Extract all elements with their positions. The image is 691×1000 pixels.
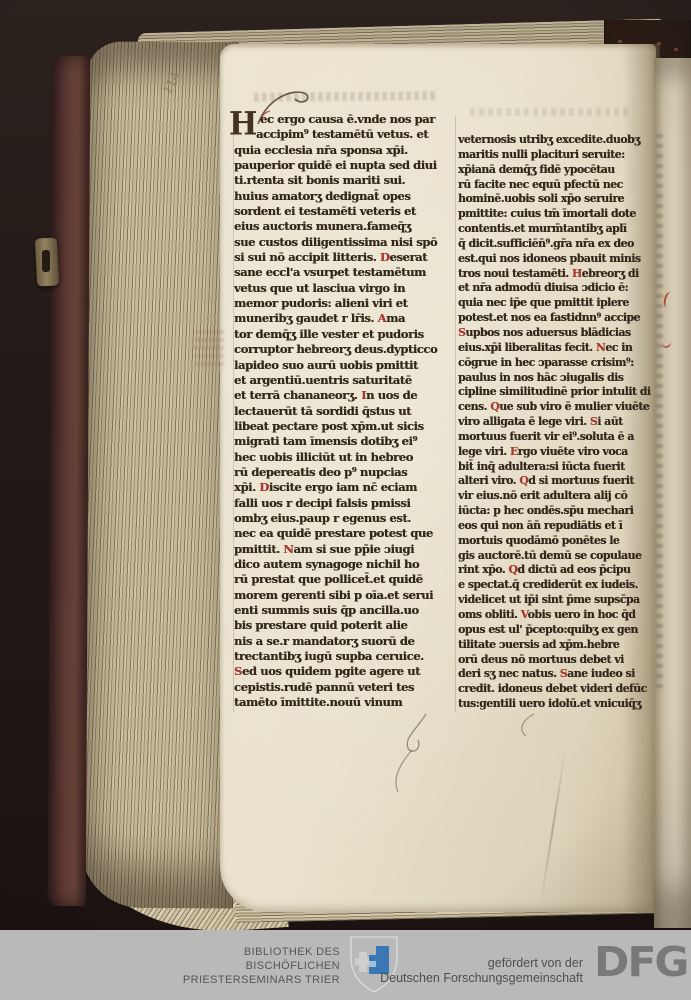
manuscript-text-line: hec uobis illiciūt ut in hebreo <box>234 450 462 465</box>
ink-text: morem gerenti sibi p oīa.et serui <box>234 588 433 602</box>
ink-text: trectantibʒ iugū supba ceruice. <box>234 649 424 663</box>
manuscript-text-line: si sui nō accipit litteris. Deserat <box>234 250 462 265</box>
manuscript-text-line: quia ecclesia nr̄a sponsa xp̄i. <box>234 143 462 158</box>
ink-text: accipim⁹ testamētū vetus. et <box>256 127 428 141</box>
ink-text: ec in <box>605 341 632 354</box>
ink-text: migrati tam īmensis dotibʒ ei⁹ <box>234 434 417 448</box>
ink-text: gis auctorē.tū demū se copulaue <box>458 549 641 562</box>
manuscript-text-line: mortuus fuerit vir ei⁹.soluta ē a <box>458 430 668 445</box>
manuscript-text-line: est.qui nos idoneos pbauit minis <box>458 252 668 267</box>
ink-text: xp̄ianā demq̄ʒ fidē ypocētau <box>458 163 615 176</box>
ink-text: cipline similitudinē prior intulit di <box>458 385 650 398</box>
ink-text: ma <box>386 311 405 325</box>
ink-text: opus est ul' p̄cepto:quibʒ ex gen <box>458 623 638 636</box>
manuscript-text-line: maritis nulli placituri seruite: <box>458 148 668 163</box>
ink-text: n uos de <box>366 388 417 402</box>
ink-text: ebreorʒ di <box>582 267 639 280</box>
ink-text: rint xp̄o. <box>458 563 508 576</box>
ink-text: maritis nulli placituri seruite: <box>458 148 625 161</box>
rubric-initial: S <box>560 667 567 680</box>
manuscript-text-line: pauperior quidē ei nupta sed diui <box>234 158 462 173</box>
manuscript-text-line: pmittit. Nam si sue pp̄ie ɔiugi <box>234 542 462 557</box>
manuscript-text-line: sue custos diligentissima nisi spō <box>234 235 462 250</box>
ink-text: sordent ei testamēti veteris et <box>234 204 416 218</box>
ink-text: ue sub viro ē mulier viuēte <box>499 400 649 413</box>
ink-text: am si sue pp̄ie ɔiugi <box>293 542 414 556</box>
ink-text: falli uos r decipi falsis pmissi <box>234 496 410 510</box>
funding-text-line2: Deutschen Forschungsgemeinschaft <box>280 971 583 986</box>
manuscript-text-line: ombʒ eius.paup r egenus est. <box>234 511 462 526</box>
ink-text: ti.rtenta sit bonis mariti sui. <box>234 173 405 187</box>
edge-speckle <box>674 48 678 51</box>
manuscript-text-line: huius amatorʒ dedignat̄ opes <box>234 189 462 204</box>
ink-text: est.qui nos idoneos pbauit minis <box>458 252 641 265</box>
ink-text: ed uos quidem pgite agere ut <box>242 664 420 678</box>
manuscript-text-line: rū depereatis deo p⁹ nupcias <box>234 465 462 480</box>
ink-text: q̄ dicit.sufficiēn̄⁹.gr̄a nr̄a ex deo <box>458 237 634 250</box>
manuscript-text-line: lege viri. Ergo viuēte viro voca <box>458 445 668 460</box>
ink-text: viro alligata ē lege viri. <box>458 415 590 428</box>
ink-text: eius auctoris munera.fameq̄ʒ <box>234 219 411 233</box>
manuscript-text-line: hominē.uobis soli xp̄o seruire <box>458 192 668 207</box>
ink-text: tus:gentili uero idolū.et vnicuiq̄ʒ <box>458 697 641 710</box>
descender-flourish <box>512 710 542 740</box>
manuscript-text-line: memor pudoris: alieni viri et <box>234 296 462 311</box>
manuscript-text-line: ec ergo causa ē.vnde nos par <box>234 112 462 127</box>
ink-text: i aūt <box>597 415 622 428</box>
manuscript-text-line: eius.xp̄i liberalitas fecit. Nec in <box>458 341 668 356</box>
ink-text: tilitate ɔuersis ad xp̄m.hebre <box>458 638 619 651</box>
ink-text: rū prestat que pollicet̄.et quidē <box>234 572 423 586</box>
ink-text: xp̄i. <box>234 480 259 494</box>
ink-text: pmittite: cuius tm̄ īmortali dote <box>458 207 636 220</box>
ink-text: ombʒ eius.paup r egenus est. <box>234 511 411 525</box>
manuscript-text-line: bis prestare quid poterit alie <box>234 618 462 633</box>
ink-showthrough <box>470 108 630 116</box>
ink-text: vetus que ut lasciua virgo in <box>234 281 405 295</box>
manuscript-text-line: cōgrue in hec ɔparasse crisim⁹: <box>458 356 668 371</box>
ink-text: veternosis utribʒ excedite.duobʒ <box>458 133 640 146</box>
manuscript-text-line: contentis.et murm̄tantibʒ aplī <box>458 222 668 237</box>
ink-text: mortuis quodāmō ponētes le <box>458 534 619 547</box>
rubric-initial: D <box>259 480 269 494</box>
book-cover-edge <box>48 56 90 906</box>
manuscript-text-line: videlicet ut ip̄i sint p̄me supsc̄pa <box>458 593 668 608</box>
ink-text: ec ergo causa ē.vnde nos par <box>260 112 435 126</box>
ink-text: cōgrue in hec ɔparasse crisim⁹: <box>458 356 634 369</box>
funding-text: gefördert von der Deutschen Forschungsge… <box>280 956 583 986</box>
manuscript-text-line: paulus in nos hāc ɔiugalis dis <box>458 371 668 386</box>
manuscript-text-line: Supbos nos aduersus blādicias <box>458 326 668 341</box>
page-stack-fore-edge <box>81 41 239 908</box>
manuscript-text-line: alteri viro. Qd si mortuus fuerit <box>458 474 668 489</box>
ink-text: nis a se.r mandatorʒ suorū de <box>234 634 414 648</box>
manuscript-text-line: oms obliti. Vobis uero in hoc q̄d <box>458 608 668 623</box>
ink-text: et argentiū.uentris saturitatē <box>234 373 412 387</box>
ink-text: contentis.et murm̄tantibʒ aplī <box>458 222 626 235</box>
ink-text: oms obliti. <box>458 608 521 621</box>
ink-text: orū deus nō mortuus debet vi <box>458 653 624 666</box>
manuscript-text-line: bit̄ inq̄ adultera:si iūcta fuerit <box>458 460 668 475</box>
ink-text: e spectat.q̄ crediderūt ex iudeis. <box>458 578 638 591</box>
ink-text: bis prestare quid poterit alie <box>234 618 407 632</box>
manuscript-text-line: viro alligata ē lege viri. Si aūt <box>458 415 668 430</box>
ink-text: sue custos diligentissima nisi spō <box>234 235 437 249</box>
ink-text: cepistis.rudē pannū veteri tes <box>234 680 414 694</box>
ink-text: ane iudeo si <box>567 667 635 680</box>
edge-speckle <box>618 40 622 43</box>
manuscript-text-line: nec ea quidē prestare potest que <box>234 526 462 541</box>
manuscript-text-line: cipline similitudinē prior intulit di <box>458 385 668 400</box>
ink-text: tamēto īmittite.nouū vinum <box>234 695 402 709</box>
rubric-initial: H <box>572 267 582 280</box>
ink-text: tros noui testamēti. <box>458 267 572 280</box>
ink-text: paulus in nos hāc ɔiugalis dis <box>458 371 623 384</box>
manuscript-text-line: lectauerūt tā sordidi q̄stus ut <box>234 404 462 419</box>
manuscript-text-line: migrati tam īmensis dotibʒ ei⁹ <box>234 434 462 449</box>
manuscript-text-line: tilitate ɔuersis ad xp̄m.hebre <box>458 638 668 653</box>
book-clasp-hole <box>42 250 50 272</box>
ink-text: quia ecclesia nr̄a sponsa xp̄i. <box>234 143 408 157</box>
ink-text: memor pudoris: alieni viri et <box>234 296 407 310</box>
ink-text: muneribʒ gaudet r lr̄is. <box>234 311 378 325</box>
manuscript-text-line: cens. Que sub viro ē mulier viuēte <box>458 400 668 415</box>
manuscript-text-line: nis a se.r mandatorʒ suorū de <box>234 634 462 649</box>
ink-text: upbos nos aduersus blādicias <box>465 326 630 339</box>
manuscript-text-line: enti summis suis q̄p ancilla.uo <box>234 603 462 618</box>
ink-text: enti summis suis q̄p ancilla.uo <box>234 603 419 617</box>
manuscript-text-line: rū facite nec equū pfectū nec <box>458 178 668 193</box>
ink-text: sane eccl'a vsurpet testamētum <box>234 265 426 279</box>
ink-text: credit. idoneus debet videri defūc <box>458 682 647 695</box>
manuscript-text-line: Sed uos quidem pgite agere ut <box>234 664 462 679</box>
ink-text: lapideo suo aurū uobis pmittit <box>234 358 418 372</box>
manuscript-text-line: cepistis.rudē pannū veteri tes <box>234 680 462 695</box>
manuscript-text-line: rū prestat que pollicet̄.et quidē <box>234 572 462 587</box>
photo-area: 114 H ec ergo causa ē.vnde nos paraccipi… <box>0 0 691 930</box>
manuscript-text-line: e spectat.q̄ crediderūt ex iudeis. <box>458 578 668 593</box>
ink-text: videlicet ut ip̄i sint p̄me supsc̄pa <box>458 593 640 606</box>
manuscript-text-line: potest.et nos ea fastidnn⁹ accipe <box>458 311 668 326</box>
manuscript-text-line: mortuis quodāmō ponētes le <box>458 534 668 549</box>
manuscript-text-line: tor demq̄ʒ ille vester et pudoris <box>234 327 462 342</box>
rubric-initial: V <box>521 608 528 621</box>
ink-text: lectauerūt tā sordidi q̄stus ut <box>234 404 411 418</box>
ink-text: iscite ergo iam nc̄ eciam <box>269 480 417 494</box>
ink-text: tor demq̄ʒ ille vester et pudoris <box>234 327 424 341</box>
manuscript-text-line: gis auctorē.tū demū se copulaue <box>458 549 668 564</box>
manuscript-text-line: iūcta: p hec ondēs.sp̄u mechari <box>458 504 668 519</box>
ink-text: vir eius.nō erit adultera alij cō <box>458 489 627 502</box>
manuscript-text-line: accipim⁹ testamētū vetus. et <box>234 127 462 142</box>
manuscript-text-line: opus est ul' p̄cepto:quibʒ ex gen <box>458 623 668 638</box>
ink-text: alteri viro. <box>458 474 519 487</box>
ink-text: eos qui non ān̄ repudiātis et ī <box>458 519 622 532</box>
funding-text-line1: gefördert von der <box>280 956 583 971</box>
rubric-initial: Q <box>519 474 528 487</box>
ink-text: nec ea quidē prestare potest que <box>234 526 433 540</box>
ink-text: corruptor hebreorʒ deus.dypticco <box>234 342 437 356</box>
manuscript-text-line: et argentiū.uentris saturitatē <box>234 373 462 388</box>
manuscript-text-line: muneribʒ gaudet r lr̄is. Ama <box>234 311 462 326</box>
manuscript-text-line: xp̄ianā demq̄ʒ fidē ypocētau <box>458 163 668 178</box>
manuscript-text-line: dico autem synagoge nichil ho <box>234 557 462 572</box>
ink-text: hominē.uobis soli xp̄o seruire <box>458 192 624 205</box>
catchword-flourish <box>382 708 442 800</box>
manuscript-text-line: xp̄i. Discite ergo iam nc̄ eciam <box>234 480 462 495</box>
ink-text: deri sʒ nec natus. <box>458 667 560 680</box>
manuscript-text-line: vir eius.nō erit adultera alij cō <box>458 489 668 504</box>
ink-text: lege viri. <box>458 445 510 458</box>
ink-text: dico autem synagoge nichil ho <box>234 557 419 571</box>
ink-text: obis uero in hoc q̄d <box>528 608 636 621</box>
manuscript-text-line: vetus que ut lasciua virgo in <box>234 281 462 296</box>
rubric-initial: S <box>234 664 242 678</box>
ink-text: et terrā chananeorʒ. <box>234 388 361 402</box>
rubric-initial: D <box>380 250 390 264</box>
ink-text: rgo viuēte viro voca <box>518 445 628 458</box>
manuscript-text-line: tros noui testamēti. Hebreorʒ di <box>458 267 668 282</box>
dfg-logo: DFG <box>594 938 691 986</box>
manuscript-text-line: quia nec ip̄e que pmittit iplere <box>458 296 668 311</box>
manuscript-text-line: orū deus nō mortuus debet vi <box>458 653 668 668</box>
rubric-initial: Q <box>490 400 499 413</box>
manuscript-text-line: veternosis utribʒ excedite.duobʒ <box>458 133 668 148</box>
manuscript-text-line: et terrā chananeorʒ. In uos de <box>234 388 462 403</box>
ink-text: bit̄ inq̄ adultera:si iūcta fuerit <box>458 460 625 473</box>
rubric-initial: A <box>378 311 387 325</box>
ink-text: si sui nō accipit litteris. <box>234 250 380 264</box>
ink-text: d dictū ad eos p̄cipu <box>517 563 630 576</box>
ink-text: rū depereatis deo p⁹ nupcias <box>234 465 407 479</box>
ink-text: quia nec ip̄e que pmittit iplere <box>458 296 629 309</box>
ink-text: et nr̄a admodū diuisa ɔdicio ē: <box>458 281 628 294</box>
ink-text: pauperior quidē ei nupta sed diui <box>234 158 437 172</box>
manuscript-text-line: rint xp̄o. Qd dictū ad eos p̄cipu <box>458 563 668 578</box>
manuscript-text-line: lapideo suo aurū uobis pmittit <box>234 358 462 373</box>
ink-text: mortuus fuerit vir ei⁹.soluta ē a <box>458 430 634 443</box>
rubric-initial: N <box>283 542 293 556</box>
text-column-right: veternosis utribʒ excedite.duobʒmaritis … <box>458 133 668 715</box>
ink-text: iūcta: p hec ondēs.sp̄u mechari <box>458 504 633 517</box>
manuscript-text-line: deri sʒ nec natus. Sane iudeo si <box>458 667 668 682</box>
ink-text: potest.et nos ea fastidnn⁹ accipe <box>458 311 640 324</box>
ink-text: eius.xp̄i liberalitas fecit. <box>458 341 596 354</box>
manuscript-text-line: eos qui non ān̄ repudiātis et ī <box>458 519 668 534</box>
manuscript-text-line: tus:gentili uero idolū.et vnicuiq̄ʒ <box>458 697 668 712</box>
manuscript-text-line: sane eccl'a vsurpet testamētum <box>234 265 462 280</box>
manuscript-text-line: trectantibʒ iugū supba ceruice. <box>234 649 462 664</box>
ink-text: cens. <box>458 400 490 413</box>
ink-text: rū facite nec equū pfectū nec <box>458 178 623 191</box>
rubric-initial: N <box>596 341 605 354</box>
rubric-initial: E <box>510 445 518 458</box>
ink-text: pmittit. <box>234 542 283 556</box>
manuscript-text-line: morem gerenti sibi p oīa.et serui <box>234 588 462 603</box>
text-column-left: ec ergo causa ē.vnde nos paraccipim⁹ tes… <box>234 112 462 714</box>
ink-text: libeat pectare post xp̄m.ut sicis <box>234 419 424 433</box>
manuscript-text-line: sordent ei testamēti veteris et <box>234 204 462 219</box>
manuscript-text-line: pmittite: cuius tm̄ īmortali dote <box>458 207 668 222</box>
digitized-manuscript-scan: 114 H ec ergo causa ē.vnde nos paraccipi… <box>0 0 691 1000</box>
ink-showthrough <box>194 328 224 366</box>
manuscript-text-line: credit. idoneus debet videri defūc <box>458 682 668 697</box>
ink-text: eserat <box>390 250 428 264</box>
manuscript-text-line: q̄ dicit.sufficiēn̄⁹.gr̄a nr̄a ex deo <box>458 237 668 252</box>
ink-text: huius amatorʒ dedignat̄ opes <box>234 189 410 203</box>
manuscript-text-line: et nr̄a admodū diuisa ɔdicio ē: <box>458 281 668 296</box>
ink-text: d si mortuus fuerit <box>528 474 634 487</box>
ink-text: hec uobis illiciūt ut in hebreo <box>234 450 413 464</box>
manuscript-text-line: corruptor hebreorʒ deus.dypticco <box>234 342 462 357</box>
manuscript-text-line: ti.rtenta sit bonis mariti sui. <box>234 173 462 188</box>
manuscript-text-line: libeat pectare post xp̄m.ut sicis <box>234 419 462 434</box>
manuscript-text-line: eius auctoris munera.fameq̄ʒ <box>234 219 462 234</box>
manuscript-text-line: falli uos r decipi falsis pmissi <box>234 496 462 511</box>
